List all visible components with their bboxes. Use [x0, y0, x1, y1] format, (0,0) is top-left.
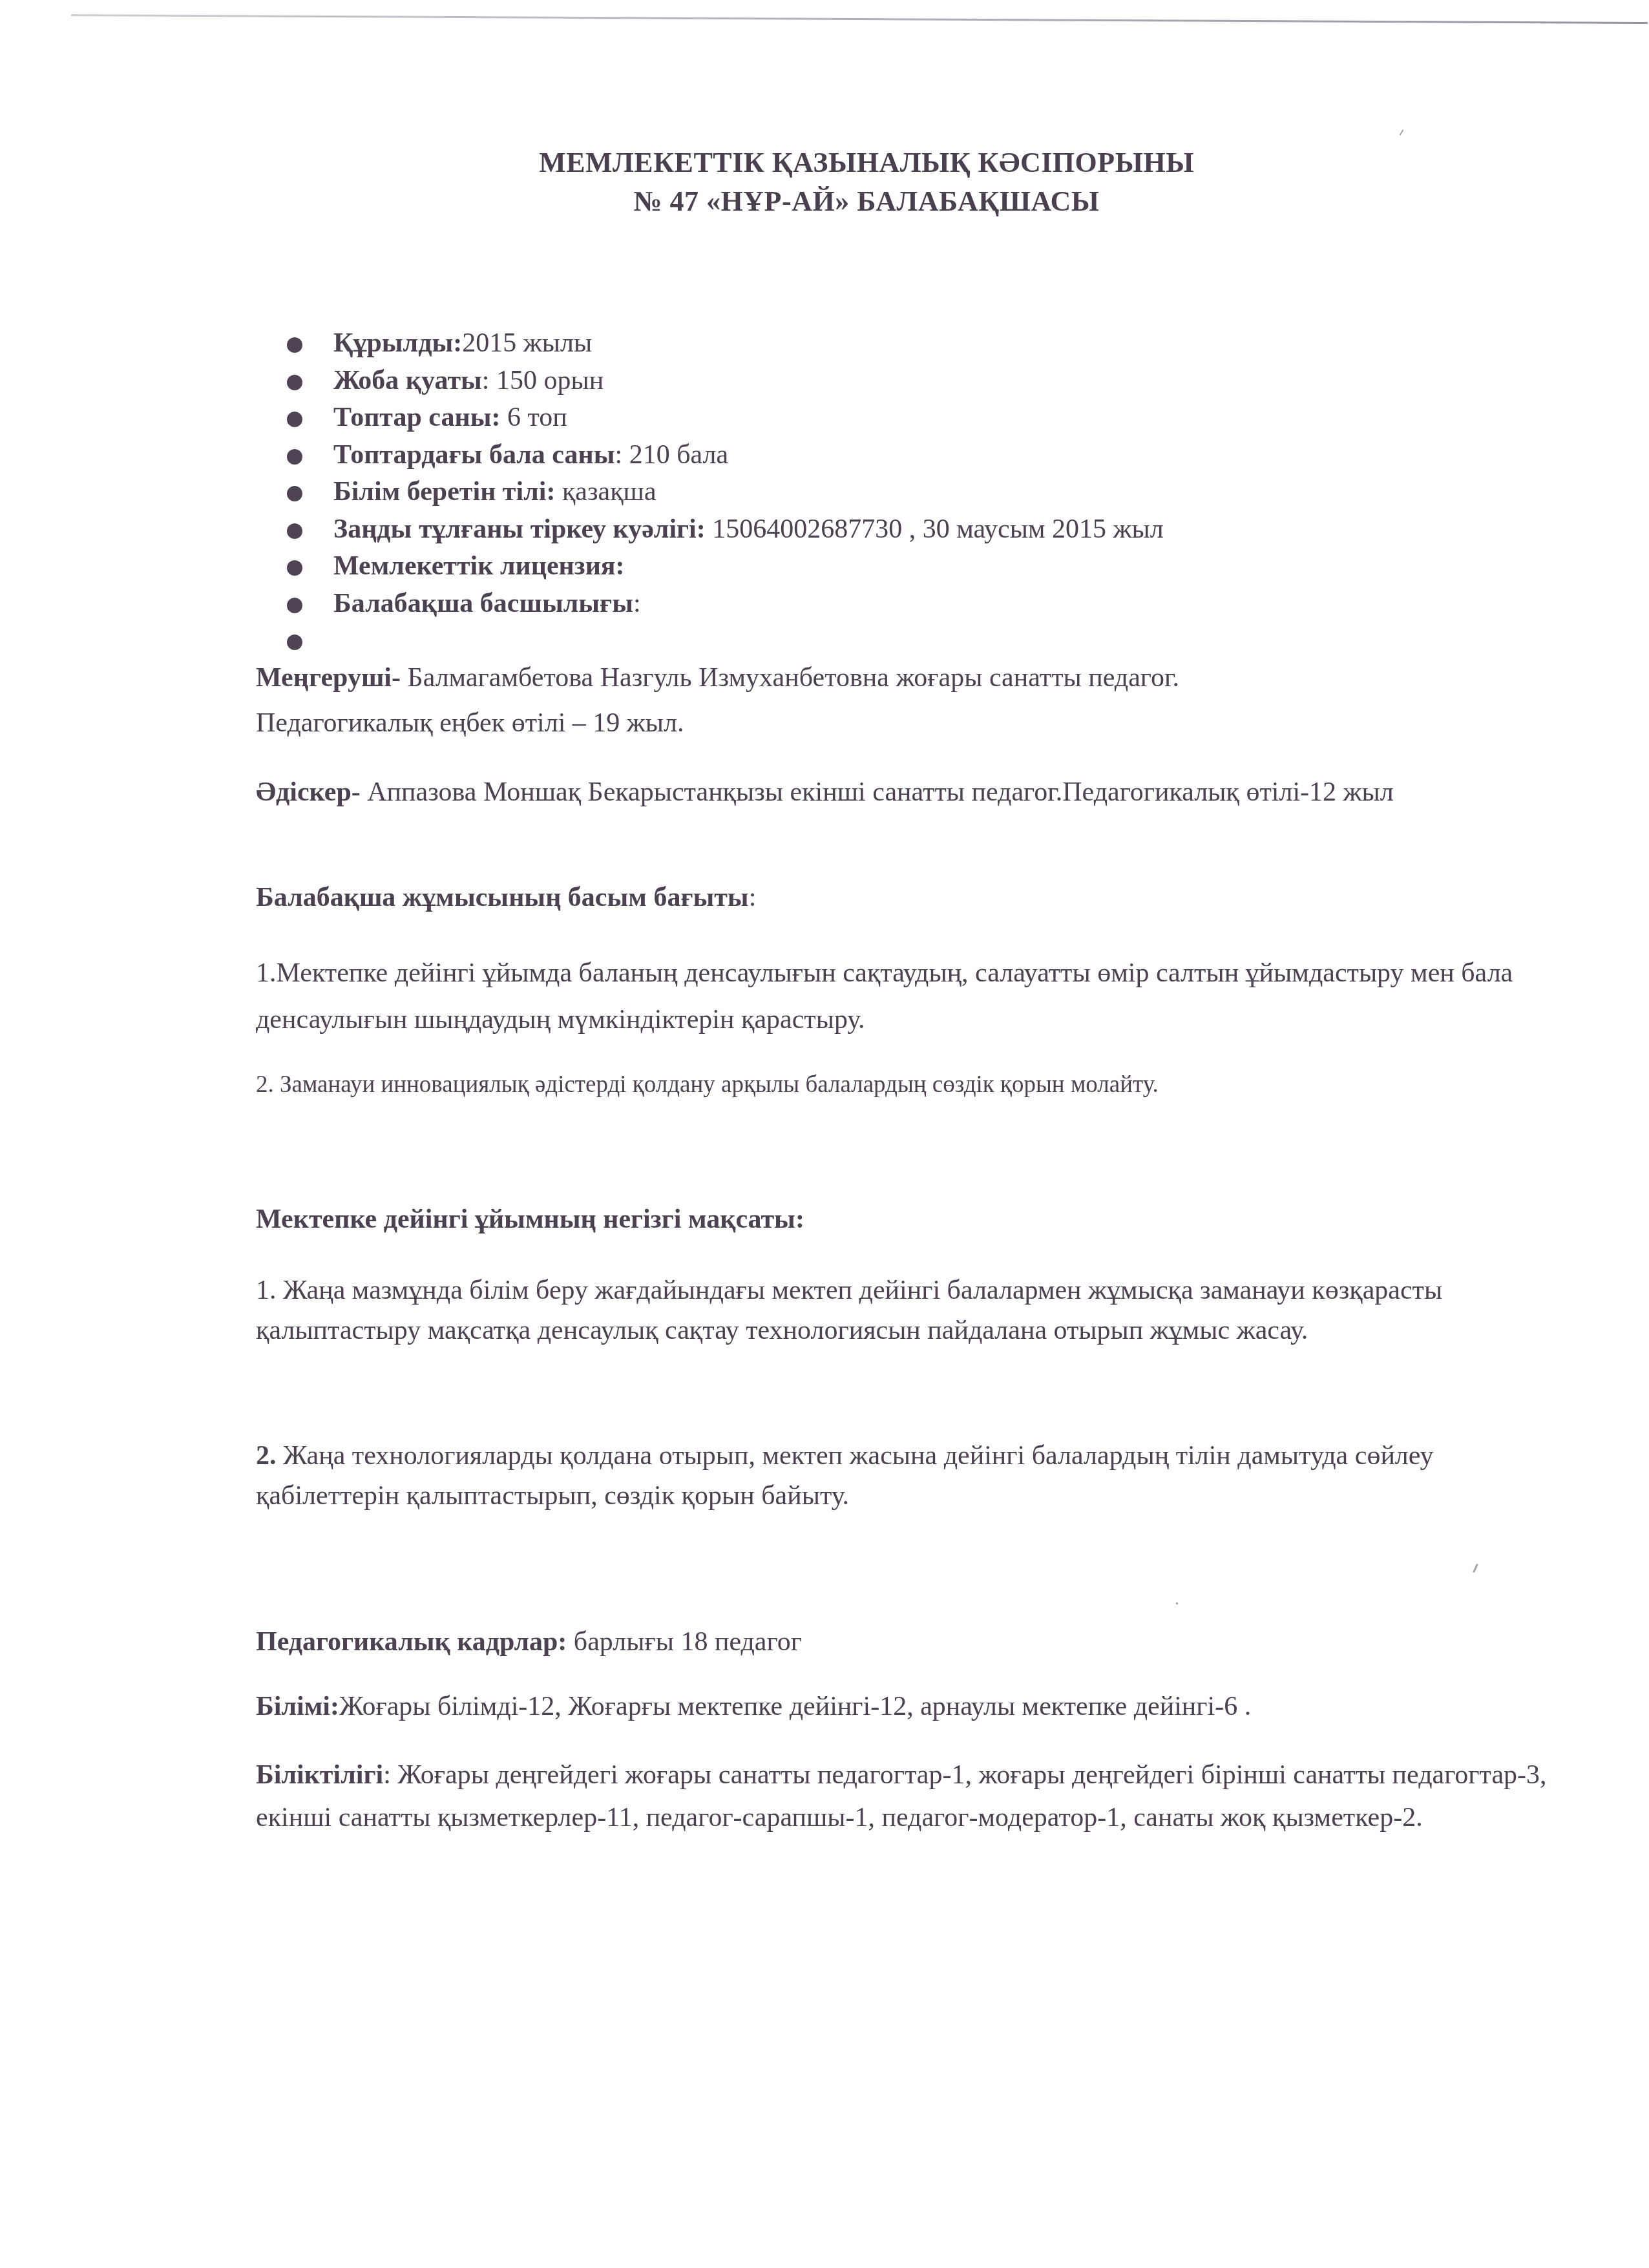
goal-heading: Мектепке дейінгі ұйымның негізгі мақсаты…	[256, 1198, 1574, 1241]
document-title: МЕМЛЕКЕТТІК ҚАЗЫНАЛЫҚ КӘСІПОРЫНЫ № 47 «Н…	[0, 143, 1649, 221]
bullet-icon	[287, 560, 302, 576]
fact-empty	[284, 622, 1164, 660]
goal-item-2-number: 2.	[256, 1441, 277, 1471]
fact-value: : 210 бала	[614, 440, 728, 470]
methodist-paragraph: Әдіскер- Аппазова Моншақ Бекарыстанқызы …	[256, 768, 1574, 817]
scan-speck	[1176, 1602, 1178, 1604]
qualification-paragraph: Біліктілігі: Жоғары деңгейдегі жоғары са…	[256, 1754, 1574, 1839]
education-text: Жоғары білімді-12, Жоғарғы мектепке дейі…	[339, 1692, 1251, 1721]
fact-label: Балабақша басшылығы	[333, 589, 633, 618]
scan-edge-artifact	[71, 14, 1648, 24]
qualification-text: : Жоғары деңгейдегі жоғары санатты педаг…	[256, 1760, 1547, 1832]
methodist-label: Әдіскер-	[256, 777, 361, 807]
priority-item-1: 1.Мектепке дейінгі ұйымда баланың денсау…	[256, 950, 1574, 1043]
fact-label: Білім беретін тілі:	[333, 477, 555, 507]
fact-founded: Құрылды:2015 жылы	[284, 325, 1164, 362]
bullet-icon	[287, 412, 302, 427]
priority-heading-label: Балабақша жұмысының басым бағыты	[256, 883, 749, 912]
staff-label: Педагогикалық кадрлар:	[256, 1627, 567, 1657]
goal-item-1: 1. Жаңа мазмұнда білім беру жағдайындағы…	[256, 1270, 1574, 1350]
goal-item-2: 2. Жаңа технологияларды қолдана отырып, …	[256, 1436, 1574, 1516]
bullet-icon	[287, 375, 302, 390]
fact-registration: Заңды тұлғаны тіркеу куәлігі: 1506400268…	[284, 511, 1164, 549]
bullet-icon	[287, 449, 302, 465]
priority-heading: Балабақша жұмысының басым бағыты:	[256, 876, 1574, 919]
head-text: Балмагамбетова Назгуль Измуханбетовна жо…	[401, 663, 1179, 693]
fact-label: Топтар саны:	[333, 403, 500, 432]
fact-value: :	[633, 589, 641, 618]
bullet-icon	[287, 486, 302, 501]
fact-value: қазақша	[555, 477, 656, 507]
fact-value: 6 топ	[500, 403, 567, 432]
staff-text: барлығы 18 педагог	[567, 1627, 802, 1657]
fact-language: Білім беретін тілі: қазақша	[284, 474, 1164, 511]
bullet-icon	[287, 635, 302, 650]
bullet-icon	[287, 598, 302, 613]
qualification-label: Біліктілігі	[256, 1760, 383, 1790]
fact-license: Мемлекеттік лицензия:	[284, 548, 1164, 585]
fact-management: Балабақша басшылығы:	[284, 585, 1164, 623]
head-label: Меңгеруші-	[256, 663, 401, 693]
goal-item-2-text: Жаңа технологияларды қолдана отырып, мек…	[256, 1441, 1433, 1511]
priority-heading-suffix: :	[749, 883, 757, 912]
education-label: Білімі:	[256, 1692, 339, 1721]
scan-speck	[1473, 1564, 1478, 1573]
fact-label: Жоба қуаты	[333, 366, 482, 395]
methodist-text: Аппазова Моншақ Бекарыстанқызы екінші са…	[361, 777, 1394, 807]
title-line-2: № 47 «НҰР-АЙ» БАЛАБАҚШАСЫ	[84, 182, 1649, 221]
head-paragraph: Меңгеруші- Балмагамбетова Назгуль Измуха…	[256, 655, 1574, 746]
priority-item-2: 2. Заманауи инновациялық әдістерді қолда…	[256, 1064, 1574, 1106]
head-experience: Педагогикалық еңбек өтілі – 19 жыл.	[256, 708, 684, 738]
fact-value: : 150 орын	[482, 366, 604, 395]
fact-value: 15064002687730 , 30 маусым 2015 жыл	[706, 514, 1164, 544]
bullet-icon	[287, 523, 302, 539]
fact-label: Топтардағы бала саны	[333, 440, 614, 470]
title-line-1: МЕМЛЕКЕТТІК ҚАЗЫНАЛЫҚ КӘСІПОРЫНЫ	[84, 143, 1649, 182]
fact-capacity: Жоба қуаты: 150 орын	[284, 362, 1164, 400]
scan-speck	[1400, 129, 1404, 136]
fact-groups: Топтар саны: 6 топ	[284, 399, 1164, 437]
staff-paragraph: Педагогикалық кадрлар: барлығы 18 педаго…	[256, 1621, 1574, 1663]
fact-label: Құрылды:	[333, 328, 462, 358]
fact-children: Топтардағы бала саны: 210 бала	[284, 437, 1164, 474]
fact-label: Мемлекеттік лицензия:	[333, 551, 625, 581]
facts-list: Құрылды:2015 жылы Жоба қуаты: 150 орын Т…	[284, 325, 1164, 660]
bullet-icon	[287, 337, 302, 353]
fact-value: 2015 жылы	[462, 328, 592, 358]
fact-label: Заңды тұлғаны тіркеу куәлігі:	[333, 514, 706, 544]
education-paragraph: Білімі:Жоғары білімді-12, Жоғарғы мектеп…	[256, 1685, 1574, 1728]
